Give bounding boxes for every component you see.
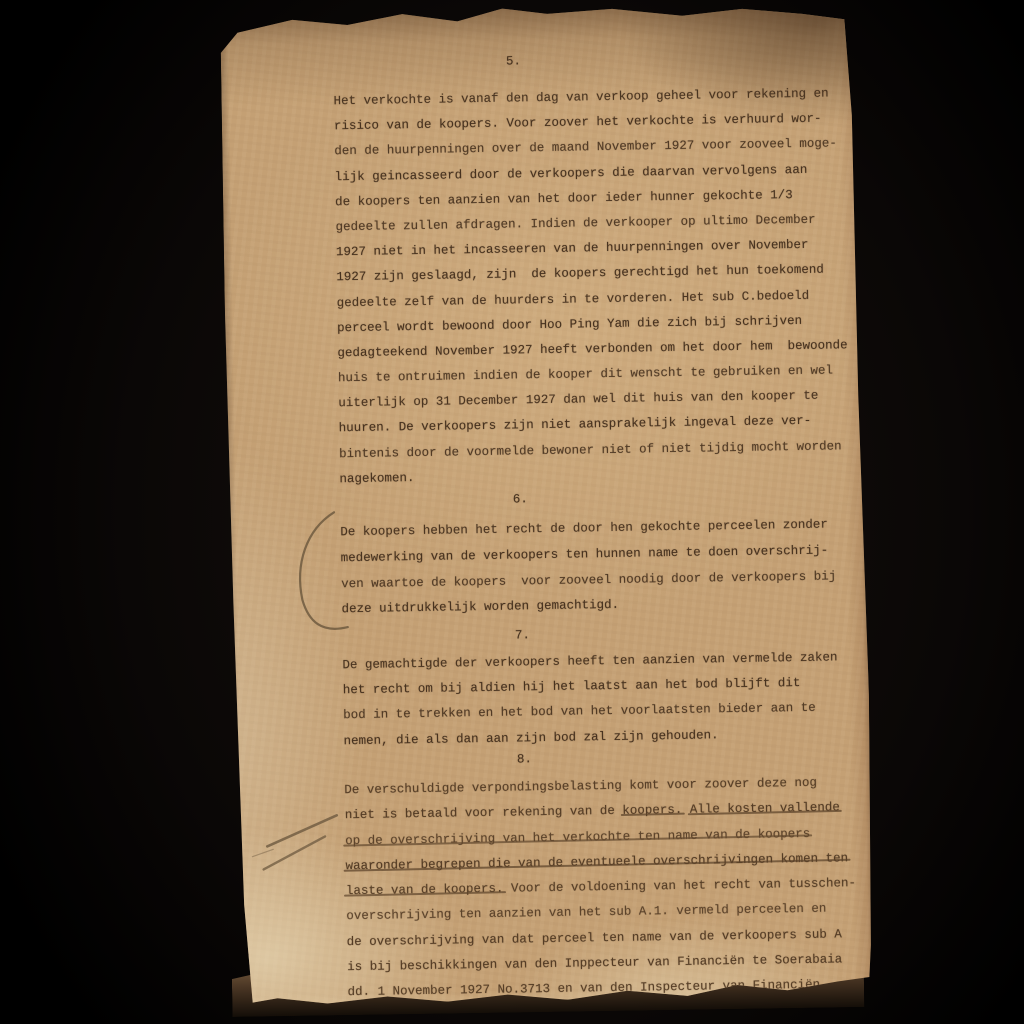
margin-slash-annotation [252,849,273,856]
margin-slash-annotation [263,836,325,869]
underlined-phrase: laste van de koopers. [346,882,504,898]
clause-lines: De koopers hebben het recht de door hen … [340,513,864,624]
clause-number: 8. [517,752,557,767]
clause-lines: De verschuldigde verpondingsbelasting ko… [344,771,870,1007]
underlined-phrase: op de overschrijving van het verkochte t… [345,826,810,847]
document-page: 5. Het verkochte is vanaf den dag van ve… [212,1,878,1019]
margin-slash-annotation [267,815,337,846]
clause-number: 5. [506,54,546,69]
clause-number: 7. [515,628,555,643]
underlined-phrase: koopers. [622,803,682,818]
text-segment: niet is betaald voor rekening van de [345,804,623,822]
text-segment: Voor de voldoening van het recht van tus… [503,876,856,896]
clause-lines: Het verkochte is vanaf den dag van verko… [333,82,861,493]
clause-number: 6. [513,492,553,507]
clause-lines: De gemachtigde der verkoopers heeft ten … [342,646,866,755]
underlined-phrase: Alle kosten vallende [690,801,840,817]
underlined-phrase: waaronder begrepen die van de eventueele… [345,851,848,873]
